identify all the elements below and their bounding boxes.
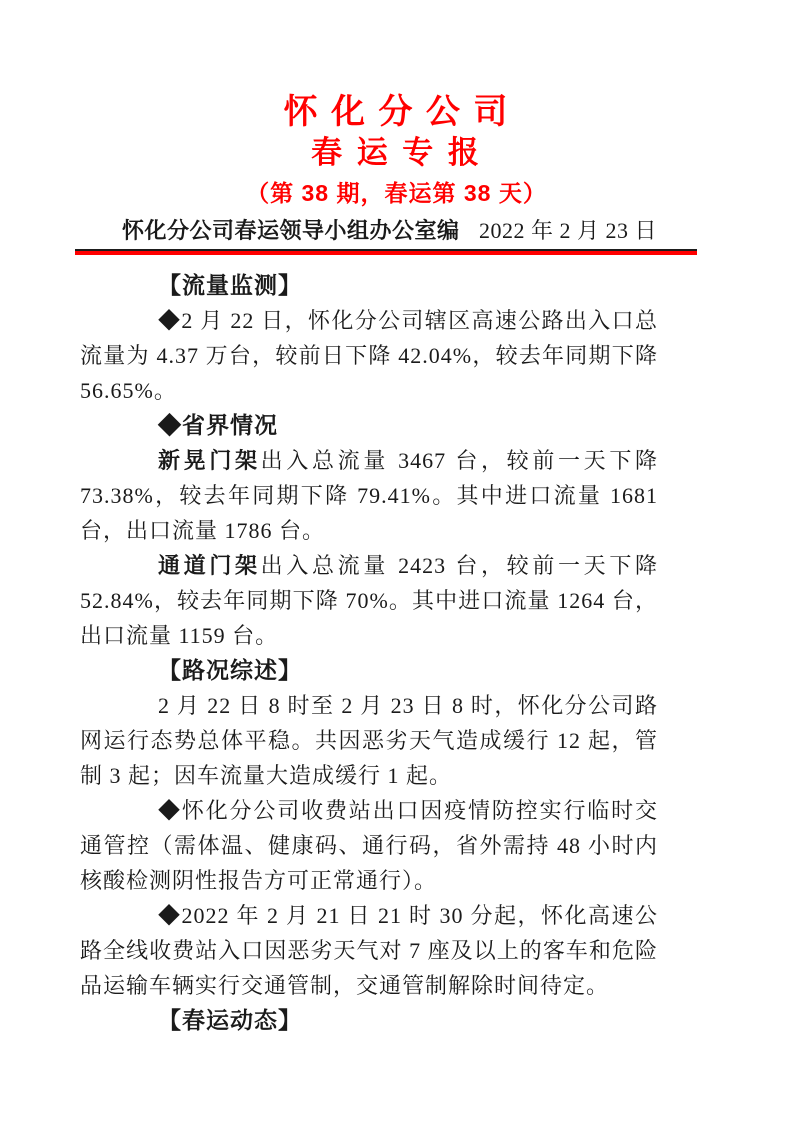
paragraph: 新晃门架出入总流量 3467 台，较前一天下降 73.38%，较去年同期下降 7… bbox=[80, 443, 658, 548]
paragraph: 2 月 22 日 8 时至 2 月 23 日 8 时，怀化分公司路网运行态势总体… bbox=[80, 688, 658, 793]
sub-heading: ◆省界情况 bbox=[80, 408, 658, 443]
issue-number-line: （第 38 期，春运第 38 天） bbox=[0, 179, 793, 209]
document-page: 怀 化 分 公 司 春 运 专 报 （第 38 期，春运第 38 天） 怀化分公… bbox=[0, 0, 793, 1122]
paragraph-bold-lead: 通道门架 bbox=[158, 553, 261, 578]
paragraph: ◆怀化分公司收费站出口因疫情防控实行临时交通管控（需体温、健康码、通行码，省外需… bbox=[80, 793, 658, 898]
header-separator-rule bbox=[75, 249, 697, 255]
editor-label: 怀化分公司春运领导小组办公室编 bbox=[122, 218, 460, 244]
paragraph: ◆2022 年 2 月 21 日 21 时 30 分起，怀化高速公路全线收费站入… bbox=[80, 898, 658, 1003]
section-heading: 【流量监测】 bbox=[80, 268, 658, 303]
document-body: 【流量监测】◆2 月 22 日，怀化分公司辖区高速公路出入口总流量为 4.37 … bbox=[80, 268, 658, 1038]
separator-red-line bbox=[75, 251, 697, 255]
paragraph: 通道门架出入总流量 2423 台，较前一天下降 52.84%，较去年同期下降 7… bbox=[80, 548, 658, 653]
document-title: 怀 化 分 公 司 bbox=[0, 90, 793, 134]
section-heading: 【路况综述】 bbox=[80, 653, 658, 688]
editor-date-row: 怀化分公司春运领导小组办公室编 2022 年 2 月 23 日 bbox=[122, 218, 657, 244]
paragraph: ◆2 月 22 日，怀化分公司辖区高速公路出入口总流量为 4.37 万台，较前日… bbox=[80, 303, 658, 408]
section-heading: 【春运动态】 bbox=[80, 1003, 658, 1038]
publish-date: 2022 年 2 月 23 日 bbox=[479, 218, 657, 244]
document-subtitle: 春 运 专 报 bbox=[0, 134, 793, 173]
paragraph-bold-lead: 新晃门架 bbox=[158, 448, 261, 473]
